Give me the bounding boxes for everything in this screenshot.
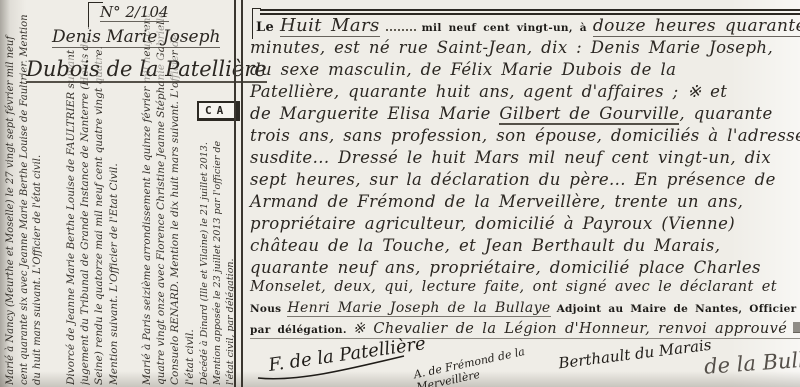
handwritten-time: douze heures quarante <box>593 16 800 37</box>
printed-year: mil neuf cent vingt-un, à <box>422 22 587 34</box>
divider-rule-inner <box>241 0 243 387</box>
body-line: château de la Touche, et Jean Berthault … <box>250 236 798 255</box>
child-surname: Dubois de la Patellière <box>26 57 267 83</box>
top-rule-upper <box>260 9 800 11</box>
printed-nous-label: Nous <box>250 303 281 315</box>
body-line: Monselet, deux, qui, lecture faite, ont … <box>250 279 798 295</box>
signature-flourish <box>256 352 406 382</box>
body-line: Armand de Frémond de la Merveillère, tre… <box>250 192 798 211</box>
officer-line: Nous Henri Marie Joseph de la Bullaye Ad… <box>250 300 798 317</box>
underlined-mother-name: Gilbert de Gourville <box>499 104 679 125</box>
body-line-pre: de Marguerite Elisa Marie <box>250 104 499 123</box>
trailing-rule <box>793 322 800 333</box>
civil-register-scan: Marié à Nancy (Meurthe et Moselle) le 27… <box>0 0 800 387</box>
signature-officer: de la Bullaye <box>703 345 800 379</box>
deed-section: Le Huit Mars mil neuf cent vingt-un, à d… <box>246 0 800 387</box>
child-firstnames: Denis Marie Joseph <box>52 27 220 48</box>
dotted-leader <box>386 17 416 31</box>
printed-le-label: Le <box>256 20 274 35</box>
signature-witness-berthault: Berthault du Marais <box>557 336 712 373</box>
body-line: susdite... Dressé le huit Mars mil neuf … <box>250 148 798 167</box>
handwritten-officer-name: Henri Marie Joseph de la Bullaye <box>287 300 550 317</box>
margin-mention-death: Décédé à Dinard (Ille et Vilaine) le 21 … <box>199 137 235 385</box>
registry-number: N° 2/104 <box>100 3 169 22</box>
printed-delegation-label: par délégation. <box>250 324 347 336</box>
body-line: propriétaire agriculteur, domicilié à Pa… <box>250 214 798 233</box>
handwritten-date: Huit Mars <box>280 15 380 37</box>
signature-witness-fremond: A. de Frémond de la Merveillère <box>413 344 534 387</box>
deed-opening-line: Le Huit Mars mil neuf cent vingt-un, à d… <box>256 15 798 37</box>
body-line: Patellière, quarante huit ans, agent d'a… <box>250 82 798 101</box>
body-line: minutes, est né rue Saint-Jean, dix : De… <box>250 38 798 57</box>
body-line-gilbert-de-gourville: de Marguerite Elisa Marie Gilbert de Gou… <box>250 104 798 123</box>
annotation-underrule <box>250 338 800 339</box>
body-line: quarante neuf ans, propriétaire, domicil… <box>250 258 798 277</box>
printed-officer-title: Adjoint au Maire de Nantes, Officier de … <box>557 303 800 315</box>
divider-rule-outer <box>234 0 236 387</box>
body-line: sept heures, sur la déclaration du père.… <box>250 170 798 189</box>
body-line: du sexe masculin, de Félix Marie Dubois … <box>250 60 798 79</box>
body-line-post: , quarante <box>679 104 772 123</box>
delegation-line: par délégation. ※ Chevalier de la Légion… <box>250 321 798 337</box>
body-line: trois ans, sans profession, son épouse, … <box>250 126 798 145</box>
